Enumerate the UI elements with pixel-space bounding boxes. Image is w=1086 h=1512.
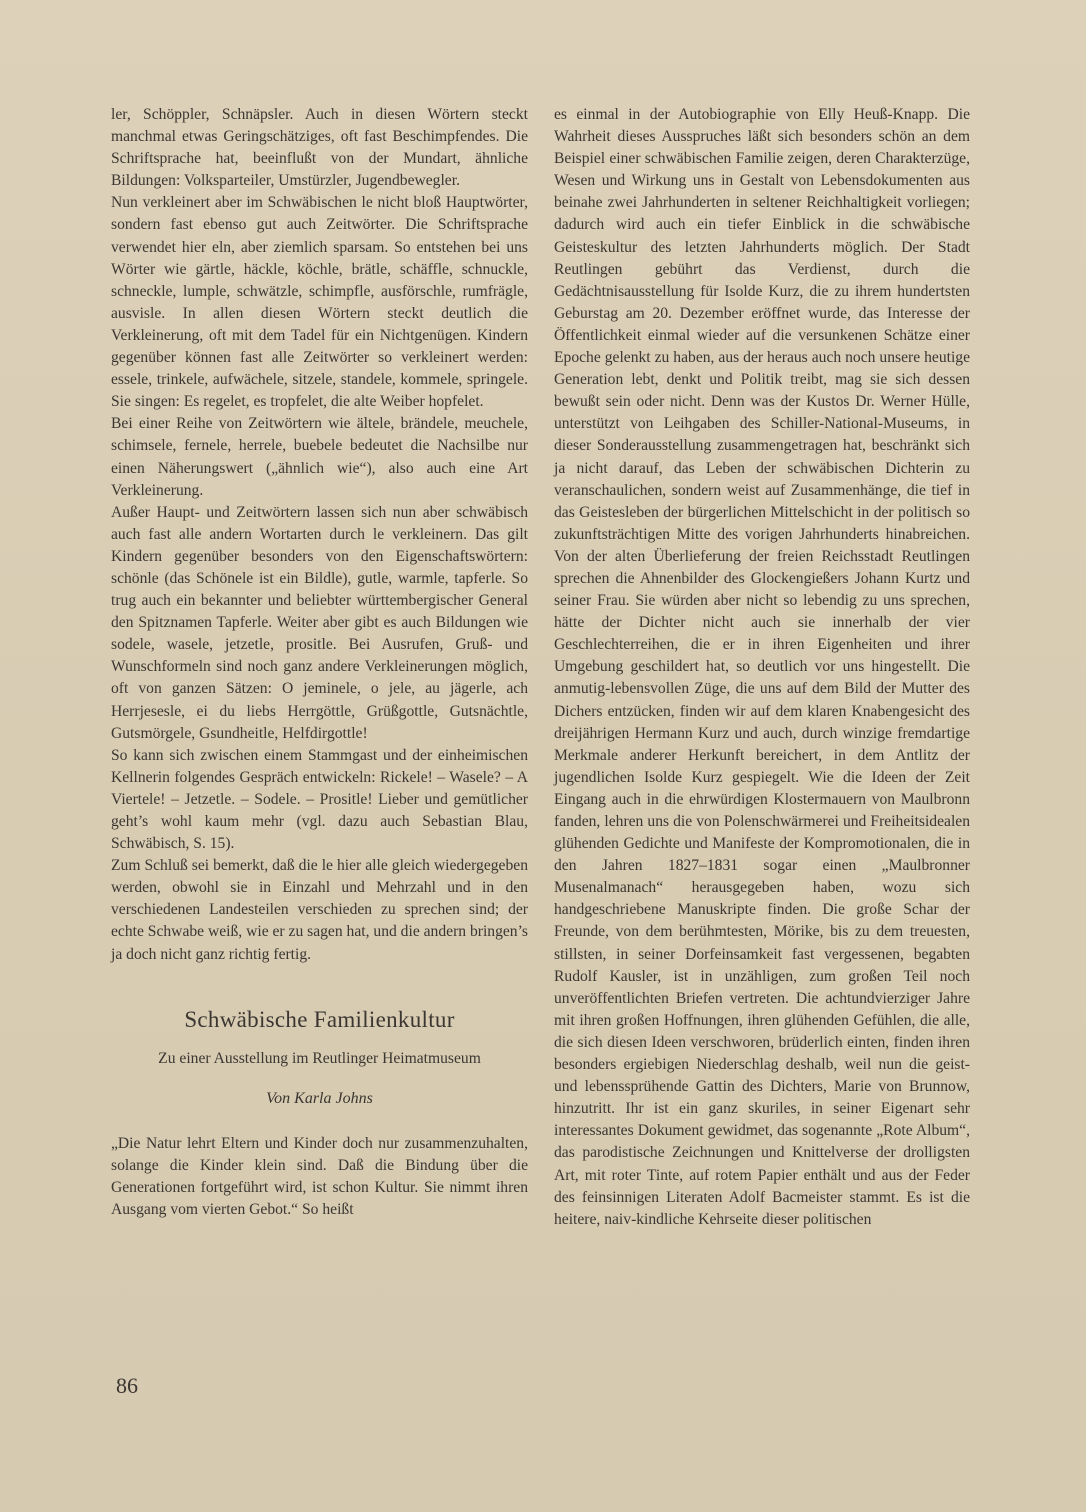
article-title: Schwäbische Familienkultur [111,1009,528,1031]
paragraph: Bei einer Reihe von Zeitwörtern wie älte… [111,413,528,501]
page-number: 86 [116,1373,138,1399]
left-column: ler, Schöppler, Schnäpsler. Auch in dies… [111,104,528,1221]
paragraph: ler, Schöppler, Schnäpsler. Auch in dies… [111,104,528,192]
paragraph: Außer Haupt- und Zeitwörtern lassen sich… [111,502,528,745]
paragraph: Nun verkleinert aber im Schwäbischen le … [111,192,528,413]
paragraph: So kann sich zwischen einem Stammgast un… [111,745,528,855]
paragraph: Zum Schluß sei bemerkt, daß die le hier … [111,855,528,965]
paragraph: es einmal in der Autobiographie von Elly… [554,104,970,1231]
article-intro: „Die Natur lehrt Eltern und Kinder doch … [111,1133,528,1221]
article-author: Von Karla Johns [111,1088,528,1110]
article-subtitle: Zu einer Ausstellung im Reutlinger Heima… [111,1048,528,1070]
right-column: es einmal in der Autobiographie von Elly… [554,104,970,1231]
article-header: Schwäbische Familienkultur Zu einer Auss… [111,1009,528,1110]
